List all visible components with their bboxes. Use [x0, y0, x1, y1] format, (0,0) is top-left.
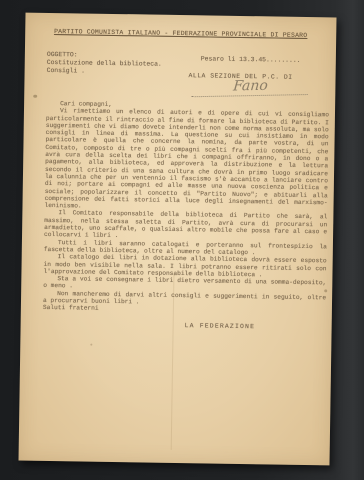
dateline: Pesaro li 13.3.45......... [201, 55, 301, 64]
body-paragraph: Vi rimettiamo un elenco di autori e di o… [44, 107, 329, 214]
stain-mark [90, 344, 92, 346]
stain-mark [33, 95, 37, 98]
document-paper: PARTITO COMUNISTA ITALIANO - FEDERAZIONE… [19, 13, 337, 466]
body-paragraph: Il Comitato responsabile della bibliotec… [44, 209, 327, 243]
stain-mark [324, 289, 327, 292]
letterhead: PARTITO COMUNISTA ITALIANO - FEDERAZIONE… [25, 28, 336, 40]
letter-body: Cari compagni, Vi rimettiamo un elenco d… [43, 100, 330, 331]
signature: LA FEDERAZIONE [185, 322, 326, 332]
handwritten-name: Fano [192, 77, 310, 97]
subject-block: OGGETTO: Costituzione della biblioteca. … [47, 51, 162, 77]
